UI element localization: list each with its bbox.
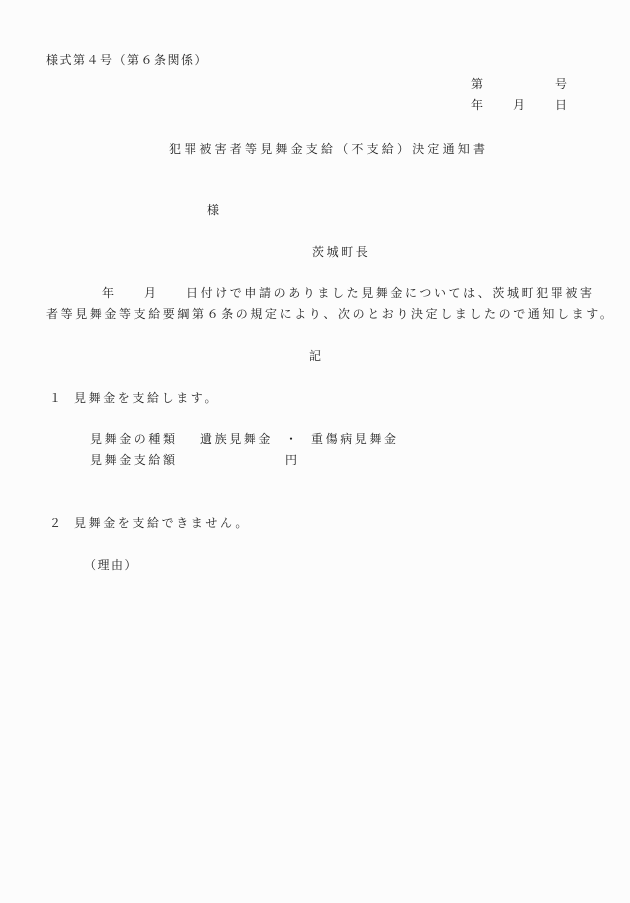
body-line-1: 日付けで申請のありました見舞金については、茨城町犯罪被害 — [186, 285, 595, 301]
document-title: 犯罪被害者等見舞金支給（不支給）決定通知書 — [169, 141, 488, 157]
reference-date-day: 日 — [555, 97, 569, 113]
addressee-suffix: 様 — [207, 202, 221, 218]
body-date-month: 月 — [144, 285, 158, 301]
allowance-type-label: 見舞金の種類 — [90, 431, 178, 447]
body-line-2: 者等見舞金等支給要綱第６条の規定により、次のとおり決定しましたので通知します。 — [46, 306, 614, 322]
ki-heading: 記 — [309, 348, 323, 364]
allowance-type-option-bereaved: 遺族見舞金 — [200, 431, 273, 447]
allowance-amount-unit: 円 — [285, 452, 299, 468]
reference-date-year: 年 — [471, 97, 485, 113]
allowance-amount-label: 見舞金支給額 — [90, 452, 178, 468]
reference-number-suffix: 号 — [555, 76, 569, 92]
allowance-type-option-serious-injury: 重傷病見舞金 — [311, 431, 399, 447]
issuer-name: 茨城町長 — [312, 244, 370, 260]
body-date-year: 年 — [102, 285, 116, 301]
allowance-type-separator: ・ — [285, 431, 299, 447]
section-1-heading: 見舞金を支給します。 — [74, 390, 219, 406]
reference-number-prefix: 第 — [471, 76, 485, 92]
reference-date-month: 月 — [513, 97, 527, 113]
section-2-number: ２ — [49, 515, 63, 531]
reason-label: （理由） — [84, 557, 138, 573]
form-number: 様式第４号（第６条関係） — [46, 52, 208, 68]
section-2-heading: 見舞金を支給できません。 — [74, 515, 250, 531]
section-1-number: １ — [49, 390, 63, 406]
